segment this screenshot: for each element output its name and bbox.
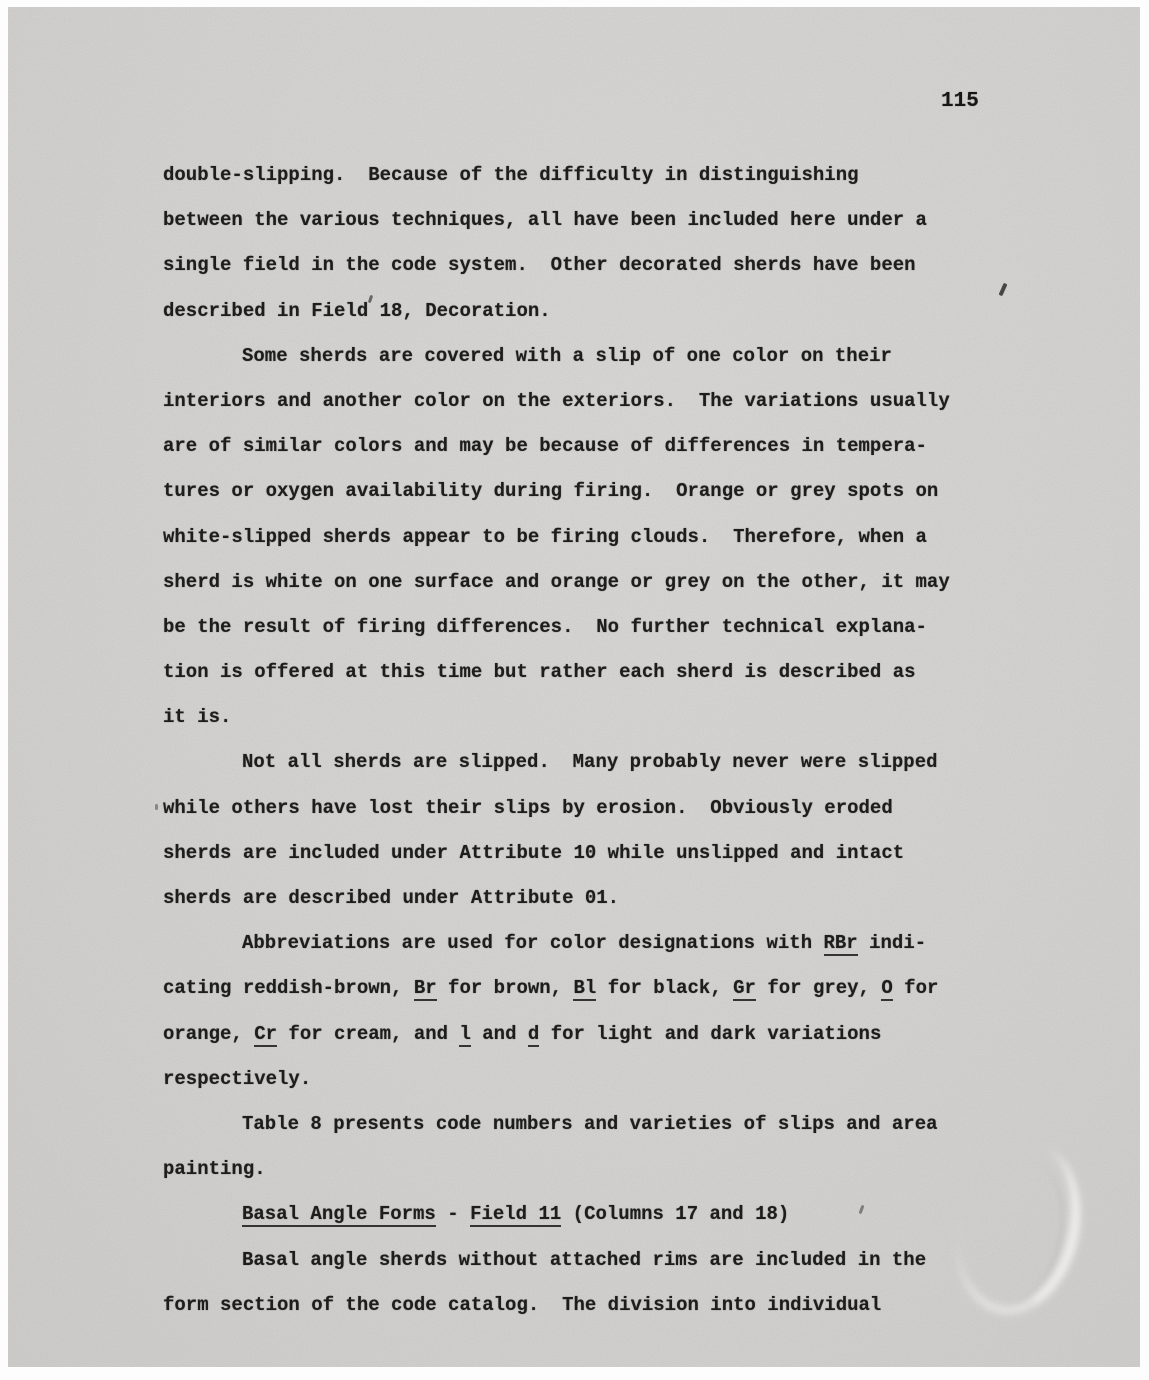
text-line: cating reddish-brown, Br for brown, Bl f… [163,966,1033,1011]
text-line: sherd is white on one surface and orange… [163,560,1033,605]
underlined-text: Gr [733,977,756,1001]
section-heading: Basal Angle Forms - Field 11 (Columns 17… [163,1192,1033,1237]
ink-speck [155,804,158,810]
underlined-text: Field 11 [470,1203,561,1227]
text-line: it is. [163,695,1033,740]
text-line: be the result of firing differences. No … [163,605,1033,650]
text-line: white-slipped sherds appear to be firing… [163,515,1033,560]
scanned-document: { "page": { "number": "115", "paragraphs… [0,0,1149,1380]
text-line: respectively. [163,1057,1033,1102]
text-line: double-slipping. Because of the difficul… [163,153,1033,198]
page-number: 115 [941,90,979,113]
text-line: orange, Cr for cream, and l and d for li… [163,1012,1033,1057]
paragraph: Not all sherds are slipped. Many probabl… [163,740,1033,921]
text-line: between the various techniques, all have… [163,198,1033,243]
paragraph: Table 8 presents code numbers and variet… [163,1102,1033,1192]
text-line: Table 8 presents code numbers and variet… [163,1102,1033,1147]
text-line: Some sherds are covered with a slip of o… [163,334,1033,379]
text-line: described in Field 18, Decoration. [163,289,1033,334]
document-page: 115 double-slipping. Because of the diff… [8,7,1140,1367]
underlined-text: Br [414,977,437,1001]
text-line: Basal angle sherds without attached rims… [163,1238,1033,1283]
document-body: double-slipping. Because of the difficul… [163,153,1033,1328]
text-line: form section of the code catalog. The di… [163,1283,1033,1328]
paragraph: Abbreviations are used for color designa… [163,921,1033,1102]
text-line: Not all sherds are slipped. Many probabl… [163,740,1033,785]
text-line: single field in the code system. Other d… [163,243,1033,288]
text-line: sherds are described under Attribute 01. [163,876,1033,921]
text-line: painting. [163,1147,1033,1192]
paragraph: double-slipping. Because of the difficul… [163,153,1033,334]
paragraph: Some sherds are covered with a slip of o… [163,334,1033,741]
text-line: sherds are included under Attribute 10 w… [163,831,1033,876]
paragraph: Basal angle sherds without attached rims… [163,1238,1033,1328]
text-line: are of similar colors and may be because… [163,424,1033,469]
text-line: Basal Angle Forms - Field 11 (Columns 17… [163,1192,1033,1237]
underlined-text: Basal Angle Forms [242,1203,436,1227]
underlined-text: l [459,1023,470,1047]
underlined-text: O [881,977,892,1001]
text-line: tures or oxygen availability during firi… [163,469,1033,514]
underlined-text: Cr [254,1023,277,1047]
underlined-text: d [528,1023,539,1047]
text-line: Abbreviations are used for color designa… [163,921,1033,966]
text-line: while others have lost their slips by er… [163,786,1033,831]
text-line: tion is offered at this time but rather … [163,650,1033,695]
underlined-text: Bl [573,977,596,1001]
underlined-text: RBr [824,932,858,956]
text-line: interiors and another color on the exter… [163,379,1033,424]
